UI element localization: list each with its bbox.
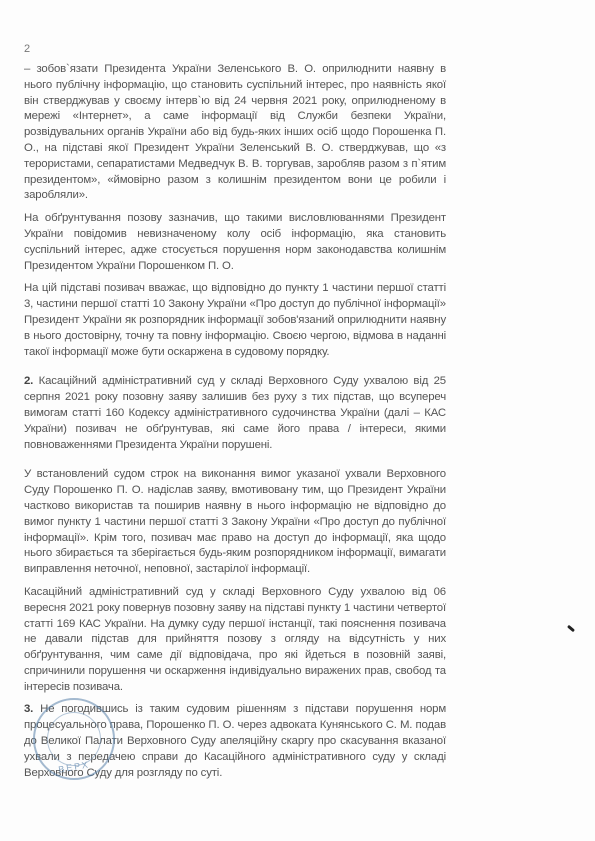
paragraph-plaintiff-response: У встановлений судом строк на виконання … bbox=[24, 467, 446, 578]
section-2: 2. Касаційний адміністративний суд у скл… bbox=[24, 374, 446, 453]
paragraph-legal-basis: На цій підставі позивач вважає, що відпо… bbox=[24, 281, 446, 360]
paragraph-justification: На обґрунтування позову зазначив, що так… bbox=[24, 211, 446, 274]
section-2-text: Касаційний адміністративний суд у складі… bbox=[24, 375, 446, 450]
page-number: 2 bbox=[24, 43, 30, 55]
official-stamp-icon: ВЕРХ bbox=[33, 698, 115, 780]
ink-mark bbox=[567, 625, 575, 632]
paragraph-court-return: Касаційний адміністративний суд у складі… bbox=[24, 585, 446, 696]
document-page: 2 – зобов`язати Президента України Зелен… bbox=[0, 0, 595, 841]
document-body: – зобов`язати Президента України Зеленсь… bbox=[24, 62, 446, 788]
section-3-number: 3. bbox=[24, 703, 33, 715]
paragraph-demand: – зобов`язати Президента України Зеленсь… bbox=[24, 62, 446, 204]
section-2-number: 2. bbox=[24, 375, 33, 387]
